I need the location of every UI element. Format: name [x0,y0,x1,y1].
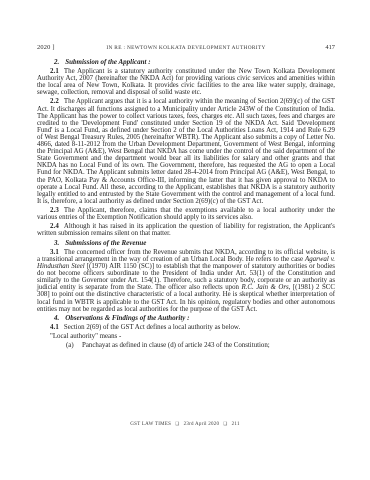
running-title: IN RE : NEWTOWN KOLKATA DEVELOPMENT AUTH… [89,45,283,52]
paragraph-number: 2.1 [50,68,59,75]
paragraph-number: 2.2 [50,98,59,105]
folio-year: 2020 ] [37,44,89,51]
heading-title: Submission of the Applicant : [65,58,150,66]
paragraph-text: The Applicant argues that it is a local … [37,98,335,204]
paragraph-2-3: 2.3The Applicant, therefore, claims that… [37,207,335,221]
heading-title: Observations & Findings of the Authority… [65,314,189,322]
footer-journal: GST LAW TIMES [130,422,171,427]
folio-page-number: 417 [283,44,335,51]
heading-number: 3. [54,239,59,247]
paragraph-number: 4.1 [50,324,59,331]
paragraph-number: 2.3 [50,207,59,214]
clause-label: (a) [66,342,82,349]
footer-separator-icon: ❑ [175,421,179,426]
footer-page-number: 211 [232,422,240,427]
section-heading-2: 2.Submission of the Applicant : [37,59,335,66]
page-body: 2.Submission of the Applicant : 2.1The A… [37,59,335,350]
paragraph-4-1: 4.1Section 2(69) of the GST Act defines … [37,324,335,331]
paragraph-text: Although it has raised in its applicatio… [37,223,335,237]
paragraph-3-1: 3.1The concerned officer from the Revenu… [37,249,335,313]
document-page: 2020 ] IN RE : NEWTOWN KOLKATA DEVELOPME… [0,0,370,480]
footer-separator-icon: ❑ [223,421,227,426]
paragraph-2-4: 2.4Although it has raised in its applica… [37,223,335,237]
running-head: 2020 ] IN RE : NEWTOWN KOLKATA DEVELOPME… [37,44,335,52]
paragraph-text: The concerned officer from the Revenue s… [37,249,335,313]
paragraph-number: 2.4 [50,223,59,230]
paragraph-text: The Applicant, therefore, claims that th… [37,207,335,221]
heading-number: 4. [54,314,59,322]
heading-title: Submissions of the Revenue [65,239,146,247]
definition-clause-a: (a) Panchayat as defined in clause (d) o… [66,342,309,349]
section-heading-4: 4.Observations & Findings of the Authori… [37,315,335,322]
definition-intro: "Local authority" means - [37,333,335,340]
clause-text: Panchayat as defined in clause (d) of ar… [82,342,309,349]
paragraph-text: Section 2(69) of the GST Act defines a l… [64,324,240,331]
heading-number: 2. [54,58,59,66]
paragraph-2-2: 2.2The Applicant argues that it is a loc… [37,98,335,204]
section-heading-3: 3.Submissions of the Revenue [37,240,335,247]
paragraph-text: The Applicant is a statutory authority c… [37,68,335,96]
footer-date: 23rd April 2020 [184,422,220,427]
paragraph-number: 3.1 [50,249,59,256]
paragraph-2-1: 2.1The Applicant is a statutory authorit… [37,68,335,96]
page-footer: GST LAW TIMES❑23rd April 2020❑211 [0,421,370,427]
